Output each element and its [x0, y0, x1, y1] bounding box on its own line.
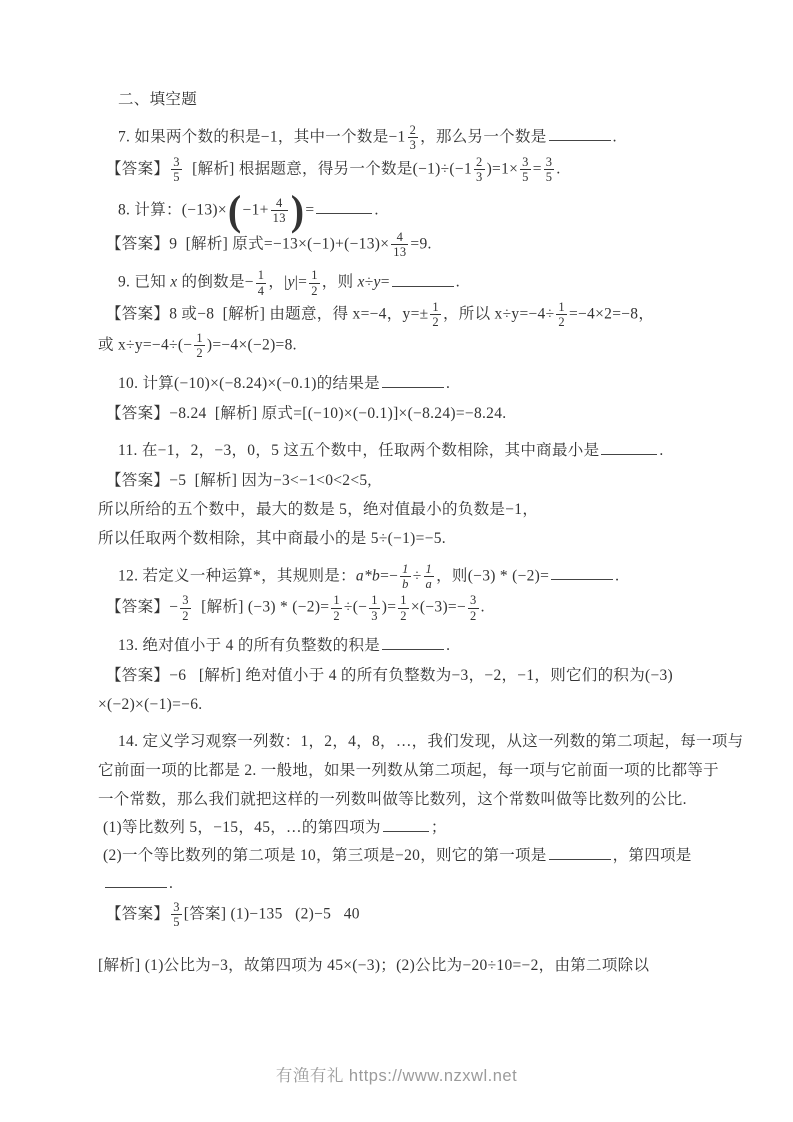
text-run: 10. 计算(−10)×(−8.24)×(−0.1)的结果是: [118, 375, 380, 392]
text-run: ×(−2)×(−1)=−6.: [98, 696, 202, 713]
answer-13-line1: 【答案】−6 [解析] 绝对值小于 4 的所有负整数为−3，−2，−1，则它们的…: [98, 662, 698, 690]
text-run: 所以所给的五个数中，最大的数是 5，绝对值最小的负数是−1，: [98, 501, 538, 518]
fraction-numerator: 3: [171, 900, 182, 914]
text-run: )=1×: [487, 160, 519, 177]
question-14-sub1: (1)等比数列 5，−15，45，…的第四项为；: [98, 814, 698, 842]
fraction-denominator: a: [424, 576, 435, 591]
fraction-numerator: 3: [520, 155, 531, 169]
text-run: 12. 若定义一种运算*，其规则是：: [118, 567, 356, 584]
fraction-denominator: 5: [544, 169, 555, 184]
text-run: 8. 计算：(−13)×: [118, 201, 227, 218]
text-run: 【答案】−6 [解析] 绝对值小于 4 的所有负整数为−3，−2，−1，则它们的…: [106, 667, 673, 684]
fraction-numerator: 3: [171, 155, 182, 169]
fraction-denominator: 5: [171, 169, 182, 184]
text-run: 13. 绝对值小于 4 的所有负整数的积是: [118, 637, 380, 654]
fraction-numerator: 2: [474, 155, 485, 169]
fraction-denominator: 5: [171, 914, 182, 929]
text-run: ，第四项是: [613, 847, 692, 864]
text-run: )=−4×(−2)=8.: [207, 336, 297, 353]
text-run: a*b: [356, 567, 380, 584]
fraction: 413: [391, 230, 408, 260]
fraction: 32: [180, 593, 191, 623]
fraction-denominator: 4: [256, 283, 267, 298]
blank-underline: [382, 383, 444, 388]
text-run: (1)等比数列 5，−15，45，…的第四项为: [103, 819, 381, 836]
question-7: 7. 如果两个数的积是−1，其中一个数是−123，那么另一个数是.: [98, 123, 698, 153]
section-title: 二、填空题: [98, 86, 698, 114]
text-run: ；: [431, 819, 447, 836]
text-run: [答案] (1)−135 (2)−5 40: [184, 905, 360, 922]
blank-underline: [392, 282, 454, 287]
blank-underline: [382, 645, 444, 650]
fraction: 12: [194, 331, 205, 361]
text-run: .: [446, 637, 450, 654]
answer-7: 【答案】35 [解析] 根据题意，得另一个数是(−1)÷(−123)=1×35=…: [98, 155, 698, 185]
fraction-denominator: 2: [194, 345, 205, 360]
text-run: ÷: [413, 567, 422, 584]
question-8: 8. 计算：(−13)×(−1+413)=.: [98, 194, 698, 228]
fraction-numerator: 3: [544, 155, 555, 169]
fraction-numerator: 1: [194, 331, 205, 345]
answer-11-line2: 所以所给的五个数中，最大的数是 5，绝对值最小的负数是−1，: [98, 496, 698, 524]
text-run: y: [288, 274, 295, 291]
text-run: =−4×2=−8，: [569, 305, 654, 322]
text-run: 【答案】: [106, 905, 169, 922]
fraction-denominator: 2: [398, 608, 409, 623]
blank-underline: [316, 209, 372, 214]
question-14-sub2-cont: .: [98, 870, 698, 898]
blank-underline: [549, 855, 611, 860]
fraction-numerator: 1: [556, 300, 567, 314]
blank-underline: [601, 450, 657, 455]
text-run: ÷: [365, 274, 374, 291]
fraction-denominator: 2: [309, 283, 320, 298]
fraction: 12: [331, 593, 342, 623]
text-run: 的倒数是−: [177, 274, 253, 291]
fraction-denominator: 5: [520, 169, 531, 184]
fraction-numerator: 1: [398, 593, 409, 607]
text-run: ，|: [268, 274, 287, 291]
question-14-line3: 一个常数，那么我们就把这样的一列数叫做等比数列，这个常数叫做等比数列的公比.: [98, 786, 698, 814]
text-run: 一个常数，那么我们就把这样的一列数叫做等比数列，这个常数叫做等比数列的公比.: [98, 791, 687, 808]
text-run: ÷(−: [344, 599, 367, 616]
text-run: 或 x÷y=−4÷(−: [98, 336, 192, 353]
question-14-sub2: (2)一个等比数列的第二项是 10，第三项是−20，则它的第一项是，第四项是: [98, 842, 698, 870]
fraction: 12: [398, 593, 409, 623]
text-run: 14. 定义学习观察一列数：1，2，4，8，…，我们发现，从这一列数的第二项起，…: [118, 733, 743, 750]
blank-underline: [383, 827, 429, 832]
text-run: .: [481, 599, 485, 616]
text-run: 9. 已知: [118, 274, 170, 291]
text-run: ，那么另一个数是: [420, 128, 546, 145]
text-run: 7. 如果两个数的积是−1，其中一个数是−1: [118, 128, 406, 145]
question-14-line2: 它前面一项的比都是 2. 一般地，如果一列数从第二项起，每一项与它前面一项的比都…: [98, 757, 698, 785]
fraction-denominator: 3: [474, 169, 485, 184]
question-9: 9. 已知 x 的倒数是−14，|y|=12，则 x÷y=.: [98, 268, 698, 298]
question-13: 13. 绝对值小于 4 的所有负整数的积是.: [98, 632, 698, 660]
text-run: .: [615, 567, 619, 584]
answer-11-line1: 【答案】−5 [解析] 因为−3<−1<0<2<5,: [98, 467, 698, 495]
answer-14: 【答案】35[答案] (1)−135 (2)−5 40: [98, 900, 698, 930]
fraction: 35: [171, 155, 182, 185]
fraction: 12: [309, 268, 320, 298]
answer-12: 【答案】−32 [解析] (−3) * (−2)=12÷(−13)=12×(−3…: [98, 593, 698, 623]
fraction: 12: [556, 300, 567, 330]
fraction: 12: [430, 300, 441, 330]
text-run: (2)一个等比数列的第二项是 10，第三项是−20，则它的第一项是: [103, 847, 547, 864]
text-run: −1+: [243, 201, 269, 218]
text-run: 【答案】−: [106, 599, 178, 616]
fraction-denominator: 2: [331, 608, 342, 623]
answer-9-line1: 【答案】8 或−8 [解析] 由题意，得 x=−4，y=±12，所以 x÷y=−…: [98, 300, 698, 330]
text-run: 【答案】: [106, 160, 169, 177]
text-run: 【答案】−8.24 [解析] 原式=[(−10)×(−0.1)]×(−8.24)…: [106, 405, 506, 422]
text-run: ×(−3)=−: [411, 599, 466, 616]
text-run: .: [456, 274, 460, 291]
text-run: 所以任取两个数相除，其中商最小的是 5÷(−1)=−5.: [98, 530, 446, 547]
text-run: ，所以 x÷y=−4÷: [443, 305, 554, 322]
text-run: =9.: [410, 235, 431, 252]
fraction: 23: [408, 123, 419, 153]
text-run: .: [446, 375, 450, 392]
question-14-line1: 14. 定义学习观察一列数：1，2，4，8，…，我们发现，从这一列数的第二项起，…: [98, 728, 698, 756]
blank-underline: [105, 883, 167, 888]
fraction-numerator: 1: [424, 562, 435, 576]
fraction-numerator: 4: [391, 230, 408, 244]
text-run: )=: [382, 599, 397, 616]
fraction-denominator: 3: [408, 137, 419, 152]
text-run: ，则: [322, 274, 358, 291]
fraction-numerator: 1: [369, 593, 380, 607]
text-run: |=: [295, 274, 307, 291]
fraction: 1a: [424, 562, 435, 592]
fraction-numerator: 1: [430, 300, 441, 314]
fraction: 35: [171, 900, 182, 930]
fraction-denominator: 2: [180, 608, 191, 623]
fraction: 35: [520, 155, 531, 185]
text-run: 【答案】−5 [解析] 因为−3<−1<0<2<5,: [106, 472, 372, 489]
fraction-numerator: 1: [256, 268, 267, 282]
fraction: 13: [369, 593, 380, 623]
answer-13-line2: ×(−2)×(−1)=−6.: [98, 691, 698, 719]
footer-watermark: 有渔有礼 https://www.nzxwl.net: [0, 1062, 793, 1086]
question-10: 10. 计算(−10)×(−8.24)×(−0.1)的结果是.: [98, 370, 698, 398]
big-paren: (: [228, 193, 242, 229]
fraction-denominator: b: [400, 576, 411, 591]
document-body: 二、填空题7. 如果两个数的积是−1，其中一个数是−123，那么另一个数是.【答…: [98, 86, 698, 980]
fraction-numerator: 1: [309, 268, 320, 282]
text-run: .: [659, 442, 663, 459]
fraction: 413: [271, 196, 288, 226]
answer-8: 【答案】9 [解析] 原式=−13×(−1)+(−13)×413=9.: [98, 230, 698, 260]
answer-9-line2: 或 x÷y=−4÷(−12)=−4×(−2)=8.: [98, 331, 698, 361]
fraction-denominator: 2: [556, 314, 567, 329]
text-run: 它前面一项的比都是 2. 一般地，如果一列数从第二项起，每一项与它前面一项的比都…: [98, 762, 719, 779]
text-run: 【答案】8 或−8 [解析] 由题意，得 x=−4，y=±: [106, 305, 428, 322]
fraction-numerator: 4: [271, 196, 288, 210]
fraction-numerator: 2: [408, 123, 419, 137]
big-paren: ): [291, 193, 305, 229]
text-run: [解析] 根据题意，得另一个数是(−1)÷(−1: [184, 160, 472, 177]
fraction-denominator: 13: [391, 244, 408, 259]
text-run: 11. 在−1，2，−3，0，5 这五个数中，任取两个数相除，其中商最小是: [118, 442, 599, 459]
text-run: =−: [380, 567, 398, 584]
fraction-numerator: 3: [468, 593, 479, 607]
text-run: =: [305, 201, 314, 218]
text-run: 【答案】9 [解析] 原式=−13×(−1)+(−13)×: [106, 235, 389, 252]
fraction-denominator: 3: [369, 608, 380, 623]
answer-10: 【答案】−8.24 [解析] 原式=[(−10)×(−0.1)]×(−8.24)…: [98, 400, 698, 428]
text-run: =: [533, 160, 542, 177]
text-run: .: [613, 128, 617, 145]
fraction-numerator: 1: [400, 562, 411, 576]
fraction: 1b: [400, 562, 411, 592]
question-11: 11. 在−1，2，−3，0，5 这五个数中，任取两个数相除，其中商最小是.: [98, 437, 698, 465]
text-run: x: [358, 274, 365, 291]
text-run: [解析] (1)公比为−3，故第四项为 45×(−3)；(2)公比为−20÷10…: [98, 957, 649, 974]
worksheet-page: { "colors": { "background": "#ffffff", "…: [0, 0, 793, 1122]
question-12: 12. 若定义一种运算*，其规则是：a*b=−1b÷1a，则(−3) * (−2…: [98, 562, 698, 592]
text-run: y: [374, 274, 381, 291]
fraction: 35: [544, 155, 555, 185]
fraction: 23: [474, 155, 485, 185]
text-run: =: [381, 274, 390, 291]
fraction-numerator: 1: [331, 593, 342, 607]
fraction-denominator: 2: [430, 314, 441, 329]
text-run: .: [556, 160, 560, 177]
fraction-denominator: 2: [468, 608, 479, 623]
text-run: .: [374, 201, 378, 218]
answer-11-line3: 所以任取两个数相除，其中商最小的是 5÷(−1)=−5.: [98, 525, 698, 553]
text-run: ，则(−3) * (−2)=: [436, 567, 549, 584]
fraction-denominator: 13: [271, 210, 288, 225]
text-run: [解析] (−3) * (−2)=: [193, 599, 330, 616]
text-run: 二、填空题: [118, 91, 197, 108]
fraction-numerator: 3: [180, 593, 191, 607]
text-run: .: [169, 875, 173, 892]
fraction: 32: [468, 593, 479, 623]
blank-underline: [551, 575, 613, 580]
blank-underline: [549, 136, 611, 141]
answer-14-analysis: [解析] (1)公比为−3，故第四项为 45×(−3)；(2)公比为−20÷10…: [98, 952, 698, 980]
fraction: 14: [256, 268, 267, 298]
